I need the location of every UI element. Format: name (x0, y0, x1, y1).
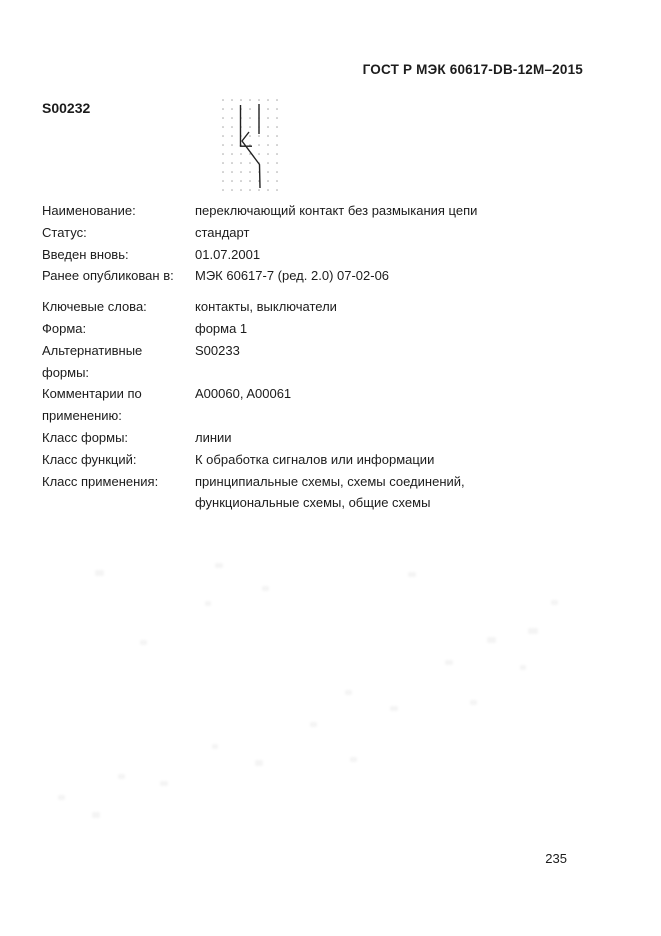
contact-symbol-lines (240, 104, 260, 188)
symbol-id-title: S00232 (42, 100, 90, 116)
field-row: Класс функций:К обработка сигналов или и… (42, 449, 617, 471)
field-value: A00060, A00061 (195, 383, 617, 405)
field-value: переключающий контакт без размыкания цеп… (195, 200, 617, 222)
scan-speck (205, 601, 211, 606)
scan-speck (470, 700, 477, 705)
field-label: Наименование: (42, 200, 195, 222)
scan-speck (58, 795, 65, 800)
field-value: 01.07.2001 (195, 244, 617, 266)
scan-speck (140, 640, 147, 645)
field-label: Введен вновь: (42, 244, 195, 266)
scan-speck (445, 660, 453, 665)
field-value: МЭК 60617-7 (ред. 2.0) 07-02-06 (195, 265, 617, 287)
field-label: Класс функций: (42, 449, 195, 471)
field-value: форма 1 (195, 318, 617, 340)
scan-speck (255, 760, 263, 766)
field-row: Класс применения:принципиальные схемы, с… (42, 471, 617, 515)
field-value: К обработка сигналов или информации (195, 449, 617, 471)
scan-speck (487, 637, 496, 643)
field-value: стандарт (195, 222, 617, 244)
field-label: Форма: (42, 318, 195, 340)
field-row: Альтернативные формы:S00233 (42, 340, 617, 384)
page: ГОСТ Р МЭК 60617-DB-12M–2015 S00232 Наим… (0, 0, 661, 936)
document-header: ГОСТ Р МЭК 60617-DB-12M–2015 (0, 62, 583, 77)
page-number: 235 (545, 851, 567, 866)
symbol-dot-grid (222, 99, 278, 191)
field-row: Наименование:переключающий контакт без р… (42, 200, 617, 222)
field-label: Ранее опубликован в: (42, 265, 195, 287)
field-label: Класс формы: (42, 427, 195, 449)
field-row: Класс формы:линии (42, 427, 617, 449)
field-row: Комментарии по применению:A00060, A00061 (42, 383, 617, 427)
field-label: Класс применения: (42, 471, 195, 493)
scan-speck (310, 722, 317, 727)
field-label: Альтернативные формы: (42, 340, 195, 384)
field-row: Ключевые слова:контакты, выключатели (42, 296, 617, 318)
symbol-diagram (218, 92, 282, 196)
scan-speck (215, 563, 223, 568)
field-value: принципиальные схемы, схемы соединений, … (195, 471, 617, 515)
scan-speck (262, 586, 269, 591)
scan-speck (160, 781, 168, 786)
field-value: контакты, выключатели (195, 296, 617, 318)
field-row: Статус:стандарт (42, 222, 617, 244)
changeover-contact-symbol-icon (218, 92, 282, 196)
field-label: Статус: (42, 222, 195, 244)
fields-list: Наименование:переключающий контакт без р… (42, 200, 617, 514)
scan-speck (95, 570, 104, 576)
field-label: Комментарии по применению: (42, 383, 195, 427)
field-row: Форма:форма 1 (42, 318, 617, 340)
scan-speck (212, 744, 218, 749)
scan-speck (390, 706, 398, 711)
scan-speck (350, 757, 357, 762)
scan-speck (92, 812, 100, 818)
field-row: Введен вновь:01.07.2001 (42, 244, 617, 266)
field-label: Ключевые слова: (42, 296, 195, 318)
field-value: S00233 (195, 340, 617, 362)
scan-speck (408, 572, 416, 577)
field-value: линии (195, 427, 617, 449)
field-row: Ранее опубликован в:МЭК 60617-7 (ред. 2.… (42, 265, 617, 287)
scan-speck (118, 774, 125, 779)
scan-speck (528, 628, 538, 634)
scan-speck (520, 665, 526, 670)
scan-speck (345, 690, 352, 695)
scan-speck (551, 600, 558, 605)
